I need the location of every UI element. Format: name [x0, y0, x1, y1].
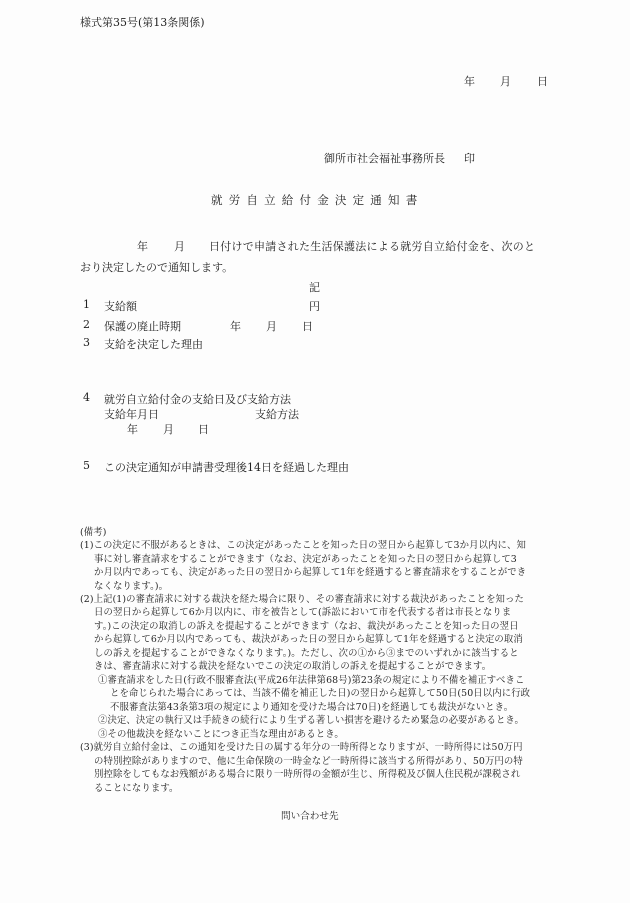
- note-line: ①審査請求をした日(行政不服審査法(平成26年法律第68号)第23条の規定により…: [98, 672, 524, 686]
- item-day: 日: [302, 318, 313, 334]
- note-line: きは、審査請求に対する裁決を経ないでこの決定の取消しの訴えを提起することができま…: [94, 658, 491, 672]
- item-number: 2: [83, 318, 90, 331]
- note-line: ③その他裁決を経ないことにつき正当な理由があるとき。: [98, 726, 344, 740]
- item-number: 5: [83, 459, 90, 472]
- contact-heading: 問い合わせ先: [281, 808, 339, 822]
- note-line: 日の翌日から起算して6か月以内に、市を被告として(訴訟において市を代表する者は市…: [94, 604, 511, 618]
- date-month: 月: [500, 73, 511, 89]
- item-label: 保護の廃止時期: [104, 318, 181, 334]
- item-label: 支給を決定した理由: [104, 336, 203, 352]
- ki-marker: 記: [309, 279, 320, 295]
- intro-text-2: おり決定したので通知します。: [80, 259, 233, 275]
- item-label: 支給額: [104, 298, 137, 314]
- item-label: この決定通知が申請書受理後14日を経過した理由: [104, 459, 349, 475]
- intro-year: 年: [137, 238, 148, 254]
- item-number: 4: [83, 391, 90, 404]
- note-line: とを命じられた場合にあっては、当該不備を補正した日)の翌日から起算して50日(5…: [110, 685, 530, 699]
- item-year: 年: [127, 421, 138, 437]
- issuer-name: 御所市社会福祉事務所長: [324, 150, 445, 166]
- document-title: 就労自立給付金決定通知書: [211, 192, 423, 208]
- payment-method-label: 支給方法: [255, 406, 299, 422]
- item-number: 3: [83, 336, 90, 349]
- note-line: しの訴えを提起することができなくなります。)。ただし、次の①から③までのいずれか…: [94, 645, 519, 659]
- note-line: 別控除をしてもなお残額がある場合に限り一時所得の金額が生じ、所得税及び個人住民税…: [94, 766, 520, 780]
- seal-mark: 印: [464, 150, 475, 166]
- date-day: 日: [537, 73, 548, 89]
- note-line: 事に対し審査請求をすることができます（なお、決定があったことを知った日の翌日から…: [94, 551, 517, 565]
- form-number: 様式第35号(第13条関係): [80, 14, 205, 30]
- item-year: 年: [230, 318, 241, 334]
- note-line: なくなります。)。: [94, 578, 168, 592]
- notes-heading: (備考): [80, 524, 106, 538]
- note-line: ②決定、決定の執行又は手続きの続行により生ずる著しい損害を避けるため緊急の必要が…: [98, 712, 524, 726]
- note-line: 不服審査法第43条第3項の規定により通知を受けた場合は70日)を経過しても裁決が…: [110, 699, 513, 713]
- note-line: (3)就労自立給付金は、この通知を受けた日の属する年分の一時所得となりますが、一…: [80, 739, 523, 753]
- note-line: ることになります。: [94, 780, 179, 794]
- item-month: 月: [163, 421, 174, 437]
- intro-month: 月: [174, 238, 185, 254]
- note-line: (2)上記(1)の審査請求に対する裁決を経た場合に限り、その審査請求に対する裁決…: [80, 591, 524, 605]
- date-year: 年: [464, 73, 475, 89]
- note-line: す。)この決定の取消しの訴えを提起することができます（なお、裁決があったことを知…: [94, 618, 519, 632]
- item-number: 1: [83, 298, 90, 311]
- item-label: 就労自立給付金の支給日及び支給方法: [104, 391, 291, 407]
- item-day: 日: [198, 421, 209, 437]
- intro-text-1: 日付けで申請された生活保護法による就労自立給付金を、次のと: [209, 238, 535, 254]
- note-line: (1)この決定に不服があるときは、この決定があったことを知った日の翌日から起算し…: [80, 537, 526, 551]
- yen-suffix: 円: [309, 298, 320, 314]
- note-line: か月以内であっても、決定があった日の翌日から起算して1年を経過すると審査請求をす…: [94, 564, 526, 578]
- payment-date-label: 支給年月日: [104, 406, 159, 422]
- item-month: 月: [266, 318, 277, 334]
- note-line: の特別控除がありますので、他に生命保険の一時金など一時所得に該当する所得があり、…: [94, 753, 523, 767]
- note-line: から起算して6か月以内であっても、裁決があった日の翌日から起算して1年を経過する…: [94, 631, 523, 645]
